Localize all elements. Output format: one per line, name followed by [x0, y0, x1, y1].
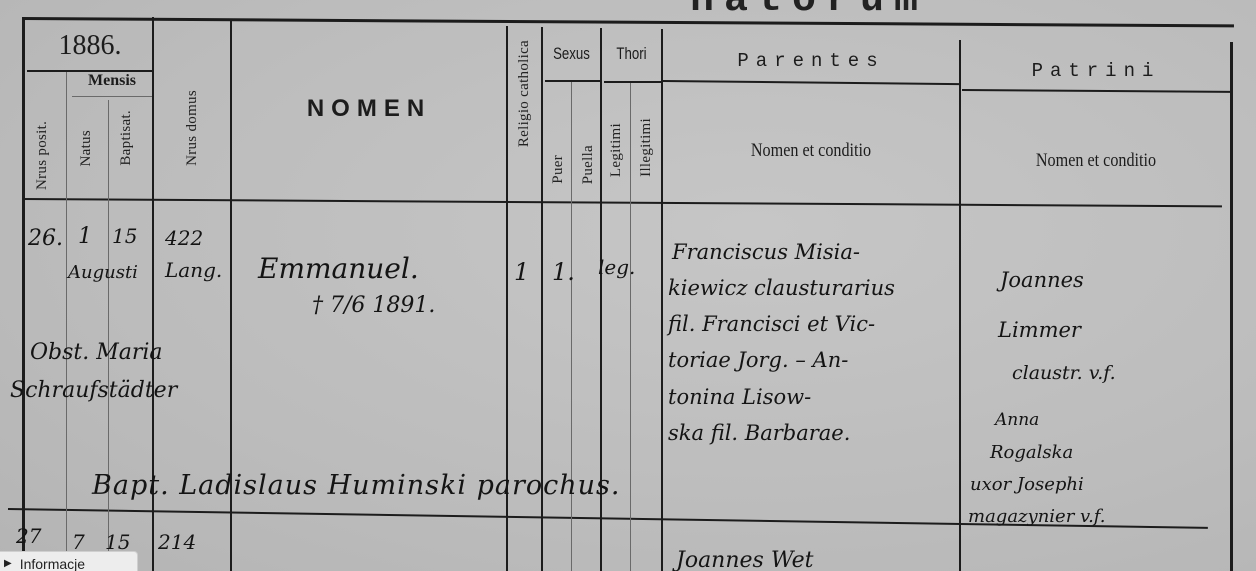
natus-label: Natus: [78, 130, 95, 167]
parentes-line: Franciscus Misia-: [672, 240, 860, 264]
record-baptisat: 15: [112, 224, 137, 248]
patrini-line: uxor Josephi: [970, 474, 1084, 495]
frame-left: [22, 17, 25, 571]
record-death-note: † 7/6 1891.: [312, 293, 435, 318]
parentes-header: Parentes: [663, 50, 959, 72]
record-natus: 1: [78, 224, 92, 249]
frame-right: [1230, 42, 1233, 571]
record-nrus-posit: 27: [16, 524, 41, 548]
sexus-label: Sexus: [549, 44, 593, 64]
patrini-header: Patrini: [962, 60, 1230, 82]
patrini-subheader: Nomen et conditio: [982, 150, 1210, 172]
record-parentes-start: Joannes Wet: [676, 548, 814, 571]
col-rule: [661, 29, 663, 571]
record-nrus-posit: 26.: [28, 226, 63, 251]
parentes-line: toriae Jorg. – An-: [668, 348, 848, 372]
triangle-right-icon: ▶: [4, 558, 12, 569]
parentes-subheader: Nomen et conditio: [685, 140, 937, 162]
parentes-line: kiewicz clausturarius: [668, 276, 895, 300]
puer-label: Puer: [550, 155, 567, 184]
information-label: Informacje: [20, 556, 85, 571]
legitimi-label: Legitimi: [608, 123, 625, 177]
parentes-line: fil. Francisci et Vic-: [668, 312, 875, 336]
baptisat-label: Baptisat.: [118, 110, 135, 166]
mensis-rule: [72, 96, 152, 97]
page-title-fragment: natorum: [690, 0, 928, 23]
nrus-domus-label: Nrus domus: [184, 90, 201, 166]
nrus-posit-label: Nrus posit.: [34, 95, 51, 190]
parentes-line: ska fil. Barbarae.: [668, 421, 850, 445]
thori-label: Thori: [608, 44, 654, 64]
record-legitimi: leg.: [598, 255, 635, 279]
patrini-line: Limmer: [998, 318, 1081, 342]
patrini-line: Rogalska: [990, 442, 1073, 463]
patrini-line: Joannes: [1000, 268, 1084, 292]
record-nrus-domus: 214: [158, 530, 196, 554]
record-obstetrix-line2: Schraufstädter: [10, 378, 177, 403]
record-location: Lang.: [165, 258, 222, 282]
sub-col-rule: [66, 72, 67, 571]
thori-rule: [604, 81, 661, 83]
sub-col-rule: [630, 82, 631, 571]
header-bottom-rule: [22, 198, 1222, 207]
patrini-line: Anna: [995, 410, 1039, 430]
patrini-line: claustr. v.f.: [1012, 362, 1116, 384]
record-nomen: Emmanuel.: [258, 252, 419, 285]
record-religio: 1: [514, 258, 529, 286]
record-nrus-domus: 422: [165, 226, 203, 250]
record-obstetrix-line1: Obst. Maria: [30, 340, 163, 365]
register-page: natorum 1886. Mensis Nrus posit. Natus B…: [0, 0, 1256, 571]
patrini-line: magazynier v.f.: [968, 506, 1106, 527]
parentes-line: tonina Lisow-: [668, 385, 811, 409]
record-puer: 1.: [552, 258, 575, 286]
information-panel-toggle[interactable]: ▶ Informacje: [0, 551, 138, 571]
mensis-label: Mensis: [72, 72, 152, 90]
religio-label: Religio catholica: [516, 40, 533, 147]
patrini-rule: [962, 89, 1230, 93]
illegitimi-label: Illegitimi: [638, 118, 655, 177]
puella-label: Puella: [580, 145, 597, 184]
year-label: 1886.: [30, 30, 150, 62]
record-baptizans: Bapt. Ladislaus Huminski parochus.: [92, 470, 620, 501]
col-rule: [959, 40, 961, 571]
nomen-header: NOMEN: [232, 95, 506, 123]
frame-top: [22, 17, 1234, 27]
record-mensis: Augusti: [68, 262, 138, 283]
parentes-rule: [663, 80, 959, 85]
sexus-rule: [545, 80, 600, 82]
